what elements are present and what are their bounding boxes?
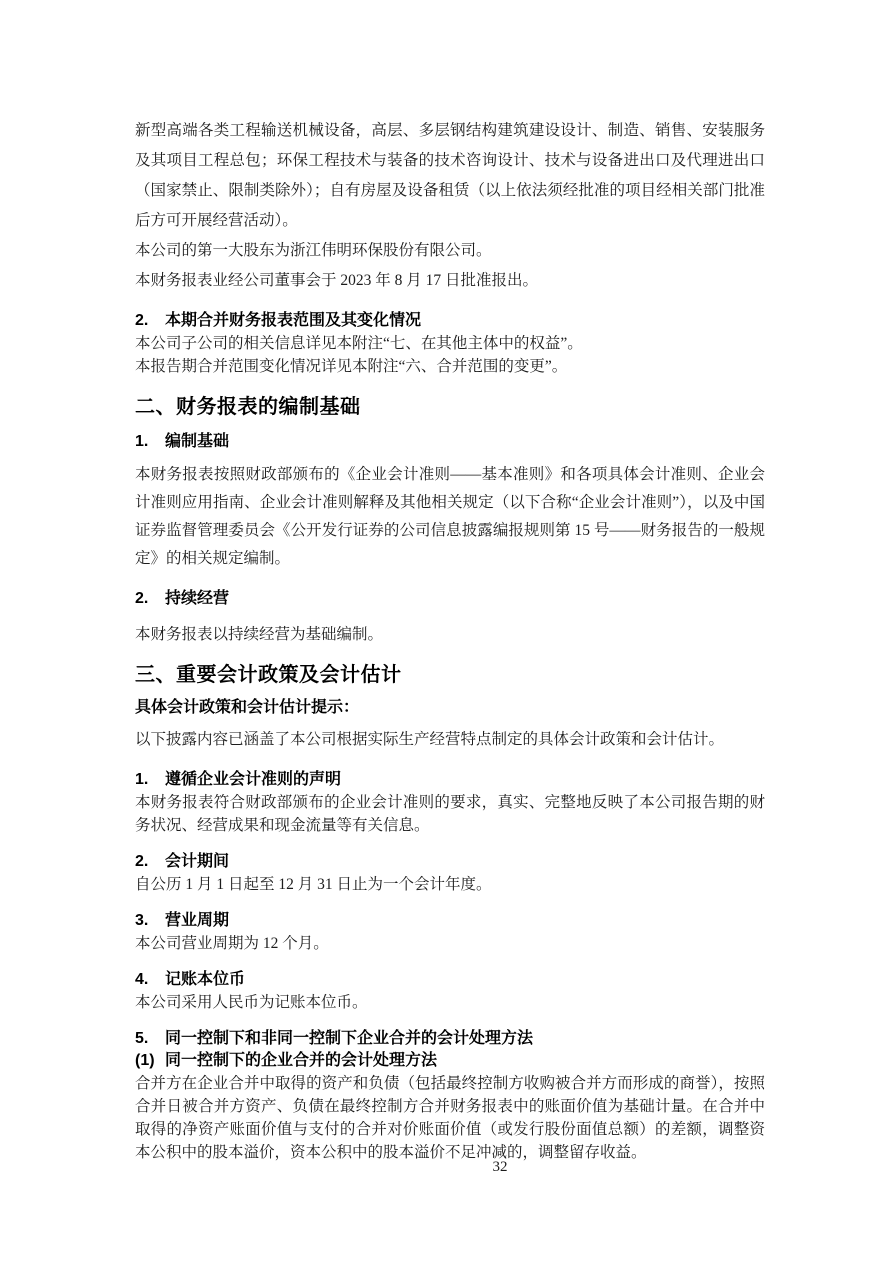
heading-accounting-policies: 三、重要会计政策及会计估计 xyxy=(135,650,765,689)
heading-title: 记账本位币 xyxy=(165,971,245,988)
para-scope-change-ref: 本报告期合并范围变化情况详见本附注“六、合并范围的变更”。 xyxy=(135,355,765,378)
heading-going-concern: 2.持续经营 xyxy=(135,573,765,610)
para-compliance-statement: 本财务报表符合财政部颁布的企业会计准则的要求，真实、完整地反映了本公司报告期的财… xyxy=(135,791,765,837)
heading-number: 2. xyxy=(135,310,165,332)
heading-operating-cycle: 3.营业周期 xyxy=(135,896,765,932)
page-content: 新型高端各类工程输送机械设备，高层、多层钢结构建筑建设设计、制造、销售、安装服务… xyxy=(135,0,765,1164)
heading-policy-notice: 具体会计政策和会计估计提示： xyxy=(135,689,765,719)
heading-number: (1) xyxy=(135,1050,165,1072)
heading-title: 编制基础 xyxy=(165,433,229,450)
heading-title: 营业周期 xyxy=(165,912,229,929)
para-largest-shareholder: 本公司的第一大股东为浙江伟明环保股份有限公司。 xyxy=(135,236,765,266)
para-subsidiary-info-ref: 本公司子公司的相关信息详见本附注“七、在其他主体中的权益”。 xyxy=(135,332,765,355)
heading-business-combination-methods: 5.同一控制下和非同一控制下企业合并的会计处理方法 xyxy=(135,1014,765,1050)
para-accounting-period: 自公历 1 月 1 日起至 12 月 31 日止为一个会计年度。 xyxy=(135,873,765,896)
heading-number: 5. xyxy=(135,1028,165,1050)
heading-accounting-period: 2.会计期间 xyxy=(135,837,765,873)
heading-common-control-combination: (1)同一控制下的企业合并的会计处理方法 xyxy=(135,1050,765,1072)
page-number: 32 xyxy=(493,1157,508,1177)
heading-number: 1. xyxy=(135,769,165,791)
para-report-approval: 本财务报表业经公司董事会于 2023 年 8 月 17 日批准报出。 xyxy=(135,266,765,296)
para-policy-notice: 以下披露内容已涵盖了本公司根据实际生产经营特点制定的具体会计政策和会计估计。 xyxy=(135,719,765,755)
heading-preparation-basis: 二、财务报表的编制基础 xyxy=(135,378,765,421)
heading-number: 4. xyxy=(135,969,165,991)
heading-title: 持续经营 xyxy=(165,590,229,607)
heading-title: 本期合并财务报表范围及其变化情况 xyxy=(165,312,421,329)
heading-number: 2. xyxy=(135,588,165,610)
para-common-control-combination: 合并方在企业合并中取得的资产和负债（包括最终控制方收购被合并方而形成的商誉），按… xyxy=(135,1072,765,1164)
heading-number: 1. xyxy=(135,431,165,453)
heading-basis-of-preparation: 1.编制基础 xyxy=(135,421,765,453)
heading-title: 同一控制下的企业合并的会计处理方法 xyxy=(165,1052,437,1069)
heading-number: 3. xyxy=(135,910,165,932)
heading-title: 同一控制下和非同一控制下企业合并的会计处理方法 xyxy=(165,1030,533,1047)
heading-number: 2. xyxy=(135,851,165,873)
para-basis-of-preparation: 本财务报表按照财政部颁布的《企业会计准则——基本准则》和各项具体会计准则、企业会… xyxy=(135,453,765,573)
heading-compliance-statement: 1.遵循企业会计准则的声明 xyxy=(135,755,765,791)
para-operating-cycle: 本公司营业周期为 12 个月。 xyxy=(135,932,765,955)
para-going-concern: 本财务报表以持续经营为基础编制。 xyxy=(135,610,765,650)
para-business-scope: 新型高端各类工程输送机械设备，高层、多层钢结构建筑建设设计、制造、销售、安装服务… xyxy=(135,116,765,236)
heading-functional-currency: 4.记账本位币 xyxy=(135,955,765,991)
heading-title: 遵循企业会计准则的声明 xyxy=(165,771,341,788)
para-functional-currency: 本公司采用人民币为记账本位币。 xyxy=(135,991,765,1014)
heading-title: 会计期间 xyxy=(165,853,229,870)
document-page: 新型高端各类工程输送机械设备，高层、多层钢结构建筑建设设计、制造、销售、安装服务… xyxy=(0,0,893,1262)
heading-consolidation-scope: 2.本期合并财务报表范围及其变化情况 xyxy=(135,296,765,332)
